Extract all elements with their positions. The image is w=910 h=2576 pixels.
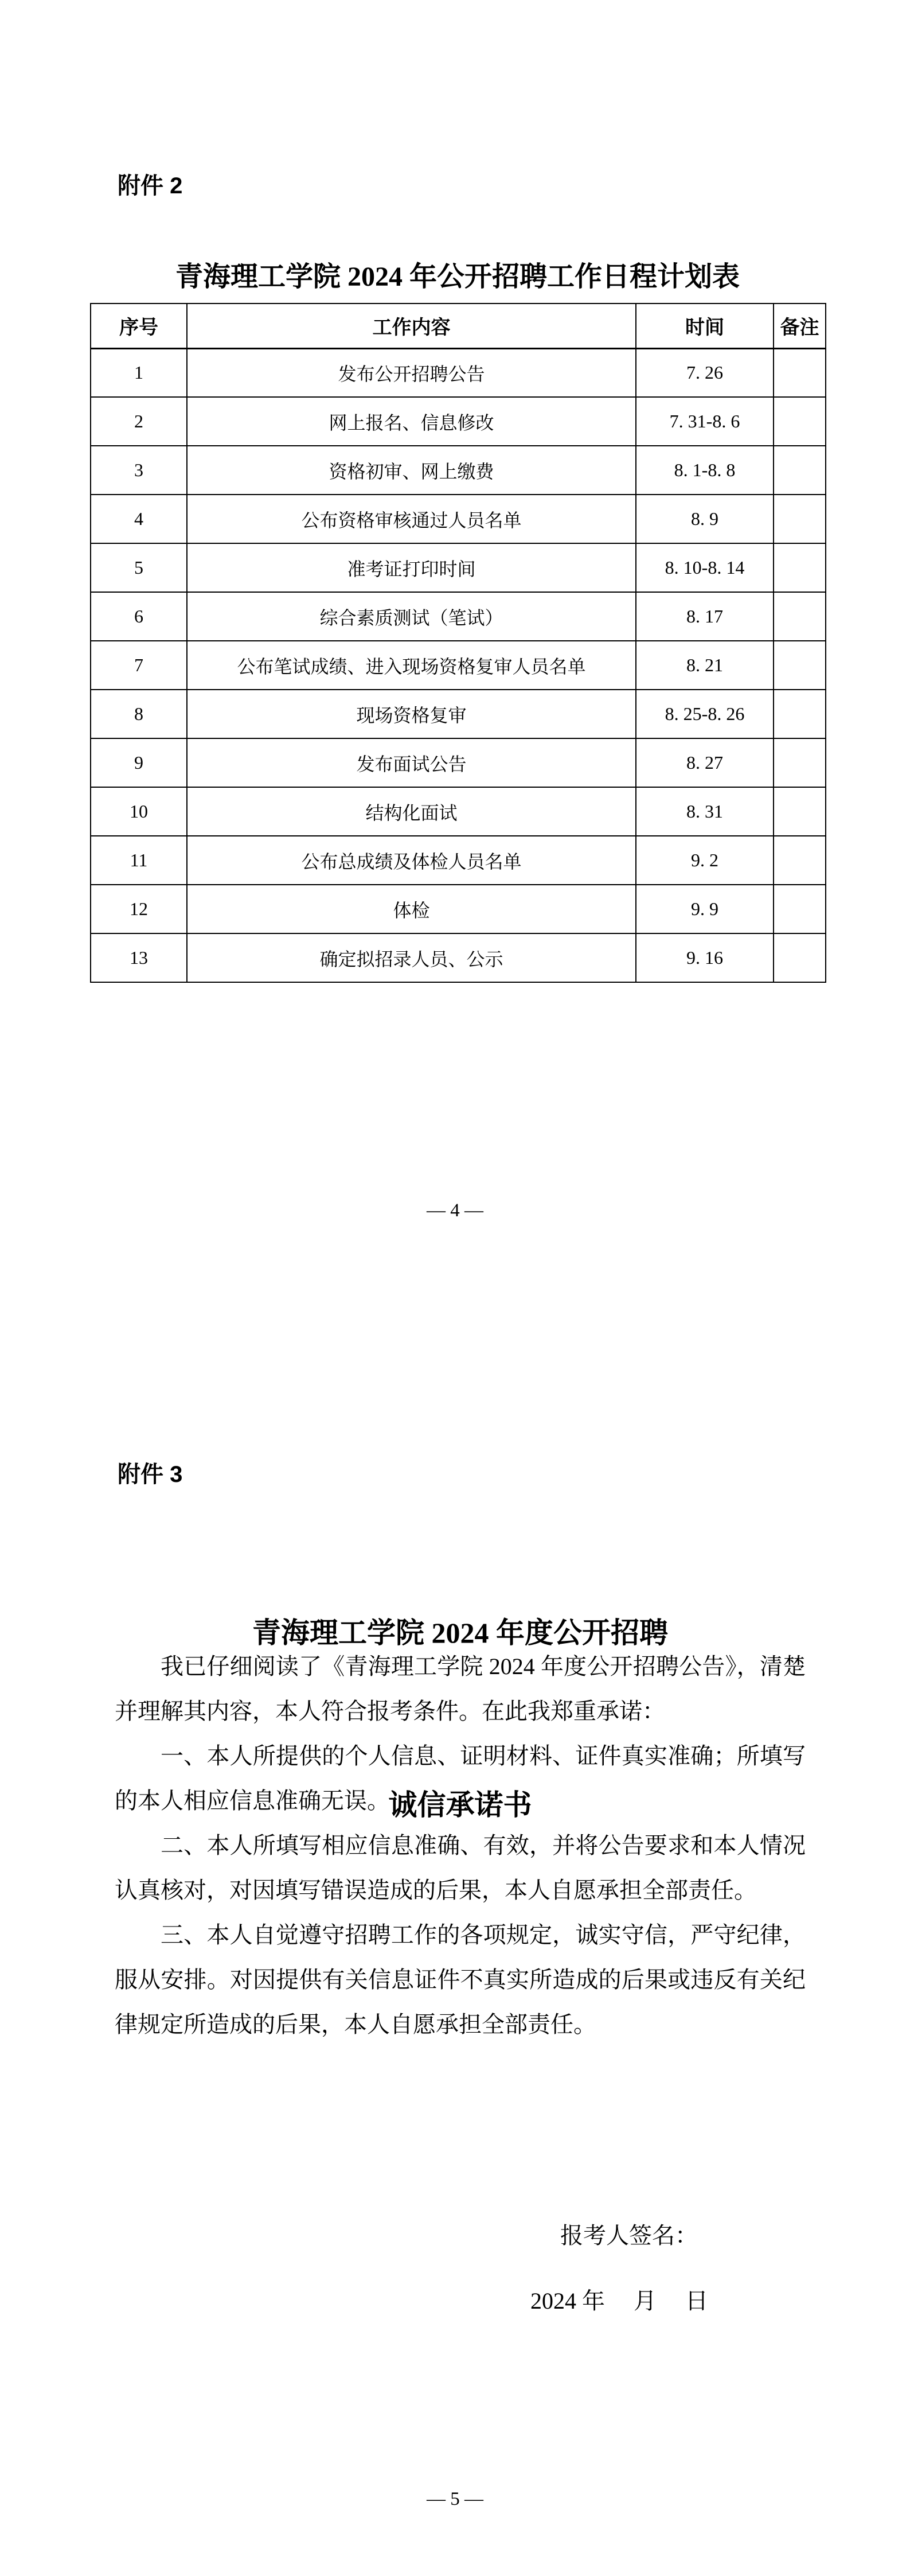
table-cell: 发布面试公告 [187, 738, 636, 787]
table-cell: 7. 26 [636, 348, 774, 397]
table-cell: 资格初审、网上缴费 [187, 446, 636, 495]
table-cell: 7 [91, 641, 187, 690]
table-row: 7公布笔试成绩、进入现场资格复审人员名单8. 21 [91, 641, 826, 690]
table-cell: 2 [91, 397, 187, 446]
schedule-table-header: 序号 工作内容 时间 备注 [91, 303, 826, 348]
schedule-table-title: 青海理工学院 2024 年公开招聘工作日程计划表 [90, 259, 825, 295]
table-cell: 8. 1-8. 8 [636, 446, 774, 495]
table-row: 5准考证打印时间8. 10-8. 14 [91, 543, 826, 592]
table-row: 12体检9. 9 [91, 885, 826, 933]
table-cell: 公布总成绩及体检人员名单 [187, 836, 636, 885]
page-4-number: — 4 — [0, 1199, 910, 1222]
table-cell [774, 738, 826, 787]
table-cell: 公布资格审核通过人员名单 [187, 495, 636, 543]
table-cell: 公布笔试成绩、进入现场资格复审人员名单 [187, 641, 636, 690]
pledge-paragraph: 二、本人所填写相应信息准确、有效，并将公告要求和本人情况认真核对，对因填写错误造… [115, 1823, 806, 1913]
table-cell: 现场资格复审 [187, 690, 636, 738]
table-cell [774, 446, 826, 495]
table-row: 3资格初审、网上缴费8. 1-8. 8 [91, 446, 826, 495]
table-cell: 确定拟招录人员、公示 [187, 933, 636, 982]
table-cell: 8. 9 [636, 495, 774, 543]
table-row: 2网上报名、信息修改7. 31-8. 6 [91, 397, 826, 446]
table-cell: 准考证打印时间 [187, 543, 636, 592]
header-cell-time: 时间 [636, 303, 774, 348]
table-row: 13确定拟招录人员、公示9. 16 [91, 933, 826, 982]
table-cell: 综合素质测试（笔试） [187, 592, 636, 641]
schedule-table-body: 1发布公开招聘公告7. 262网上报名、信息修改7. 31-8. 63资格初审、… [91, 348, 826, 982]
table-cell: 6 [91, 592, 187, 641]
table-cell [774, 641, 826, 690]
attachment-3-label: 附件 3 [118, 1462, 182, 1487]
table-cell [774, 348, 826, 397]
table-cell: 12 [91, 885, 187, 933]
table-cell: 8. 17 [636, 592, 774, 641]
table-cell: 发布公开招聘公告 [187, 348, 636, 397]
table-cell [774, 836, 826, 885]
table-cell [774, 543, 826, 592]
header-cell-note: 备注 [774, 303, 826, 348]
table-cell: 8. 10-8. 14 [636, 543, 774, 592]
table-row: 4公布资格审核通过人员名单8. 9 [91, 495, 826, 543]
pledge-body: 我已仔细阅读了《青海理工学院 2024 年度公开招聘公告》，清楚并理解其内容，本… [115, 1644, 806, 2047]
table-cell [774, 690, 826, 738]
pledge-paragraph: 三、本人自觉遵守招聘工作的各项规定，诚实守信，严守纪律，服从安排。对因提供有关信… [115, 1913, 806, 2047]
table-cell: 8. 27 [636, 738, 774, 787]
table-row: 8现场资格复审8. 25-8. 26 [91, 690, 826, 738]
header-cell-no: 序号 [91, 303, 187, 348]
table-cell: 网上报名、信息修改 [187, 397, 636, 446]
pledge-paragraph: 一、本人所提供的个人信息、证明材料、证件真实准确；所填写的本人相应信息准确无误。 [115, 1734, 806, 1823]
table-row: 11公布总成绩及体检人员名单9. 2 [91, 836, 826, 885]
table-cell: 1 [91, 348, 187, 397]
table-cell: 7. 31-8. 6 [636, 397, 774, 446]
table-row: 9发布面试公告8. 27 [91, 738, 826, 787]
date-line: 2024 年 月 日 [530, 2287, 708, 2316]
table-cell: 11 [91, 836, 187, 885]
table-cell [774, 787, 826, 836]
signature-label: 报考人签名： [560, 2221, 698, 2250]
header-row: 序号 工作内容 时间 备注 [91, 303, 826, 348]
table-cell [774, 885, 826, 933]
header-cell-work: 工作内容 [187, 303, 636, 348]
table-cell: 8. 21 [636, 641, 774, 690]
table-cell [774, 495, 826, 543]
table-cell: 9. 9 [636, 885, 774, 933]
schedule-table: 序号 工作内容 时间 备注 1发布公开招聘公告7. 262网上报名、信息修改7.… [90, 303, 826, 983]
table-cell [774, 933, 826, 982]
table-cell: 9. 16 [636, 933, 774, 982]
table-row: 10结构化面试8. 31 [91, 787, 826, 836]
table-cell: 8 [91, 690, 187, 738]
table-row: 1发布公开招聘公告7. 26 [91, 348, 826, 397]
table-cell: 结构化面试 [187, 787, 636, 836]
table-cell [774, 592, 826, 641]
table-cell: 8. 31 [636, 787, 774, 836]
table-cell: 9. 2 [636, 836, 774, 885]
table-cell: 5 [91, 543, 187, 592]
page-5-number: — 5 — [0, 2488, 910, 2511]
table-cell: 8. 25-8. 26 [636, 690, 774, 738]
document-canvas: 附件 2 青海理工学院 2024 年公开招聘工作日程计划表 序号 工作内容 时间… [0, 0, 910, 2576]
table-cell: 4 [91, 495, 187, 543]
table-cell: 体检 [187, 885, 636, 933]
table-cell: 10 [91, 787, 187, 836]
attachment-2-label: 附件 2 [118, 173, 182, 199]
pledge-paragraph: 我已仔细阅读了《青海理工学院 2024 年度公开招聘公告》，清楚并理解其内容，本… [115, 1644, 806, 1734]
table-cell: 9 [91, 738, 187, 787]
table-cell: 13 [91, 933, 187, 982]
table-cell [774, 397, 826, 446]
table-cell: 3 [91, 446, 187, 495]
table-row: 6综合素质测试（笔试）8. 17 [91, 592, 826, 641]
